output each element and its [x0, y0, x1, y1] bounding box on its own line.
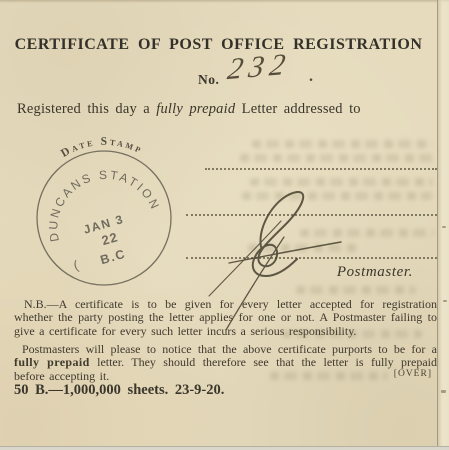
registration-number-value: 232 [225, 47, 293, 87]
date-stamp: Date Stamp DUNCANS STATION JAN 3 22 ( B.… [16, 132, 200, 300]
over-label: [OVER] [394, 369, 432, 379]
certificate-title: CERTIFICATE OF POST OFFICE REGISTRATION [0, 36, 437, 54]
registered-line-after: Letter addressed to [235, 101, 360, 117]
scan-top-shadow [0, 0, 449, 3]
registered-line: Registered this day a fully prepaid Lett… [17, 101, 361, 118]
address-dotted-line-1 [205, 160, 437, 170]
registered-line-before: Registered this day a [17, 101, 156, 117]
note-2-before: Postmasters will please to notice that t… [22, 342, 437, 356]
postmark-year: 22 [100, 229, 120, 248]
registration-number-period: . [309, 68, 313, 86]
postmark-province: B.C [99, 247, 128, 268]
registration-number-label: No. [198, 72, 219, 88]
scan-edge-mark [443, 300, 447, 302]
certificate-page: CERTIFICATE OF POST OFFICE REGISTRATION … [0, 0, 449, 450]
scan-edge-mark [441, 390, 446, 393]
scan-page-edge [437, 0, 449, 450]
registered-line-emphasis: fully prepaid [156, 101, 235, 117]
postmark-ornament: ( [72, 257, 81, 273]
bleedthrough-stripe [252, 140, 432, 148]
note-paragraph-2: Postmasters will please to notice that t… [14, 343, 437, 383]
scan-bottom-edge [0, 446, 449, 450]
imprint-line: 50 B.—1,000,000 sheets. 23-9-20. [14, 382, 224, 399]
note-2-emphasis: fully prepaid [14, 355, 90, 369]
date-stamp-label: Date Stamp [59, 136, 145, 160]
scan-edge-mark [442, 226, 446, 228]
postmaster-signature [185, 183, 350, 333]
